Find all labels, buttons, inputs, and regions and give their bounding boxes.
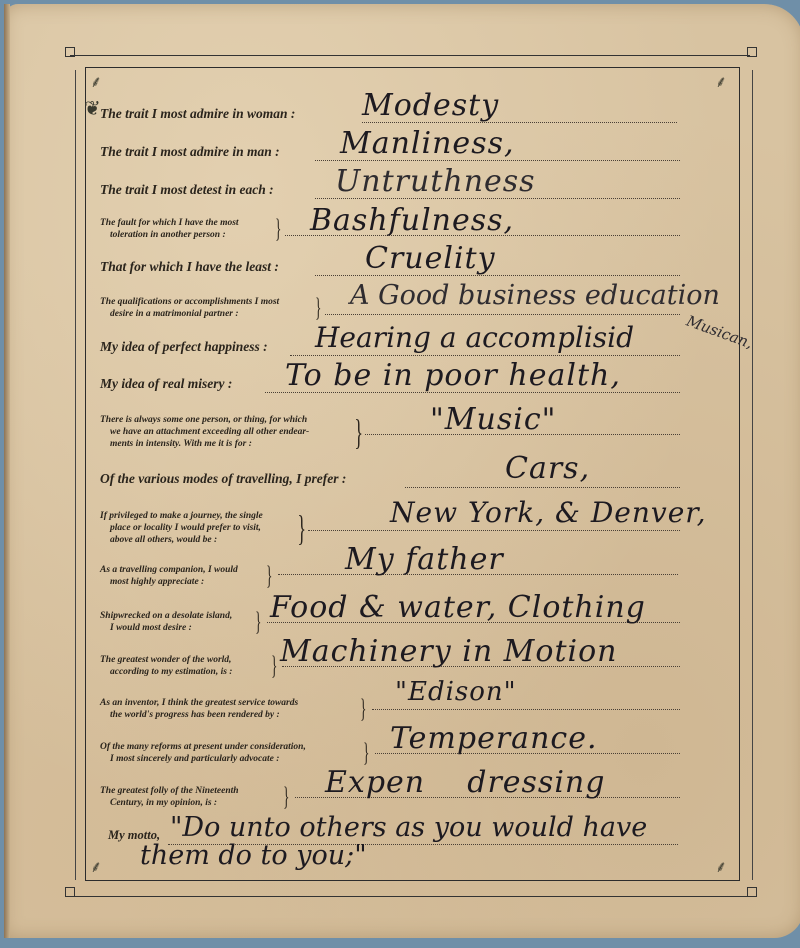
prompt-line-2: I most sincerely and particularly advoca… [100, 753, 306, 765]
prompt-label: The qualifications or accomplishments I … [100, 296, 279, 320]
prompt-line-2: toleration in another person : [100, 229, 239, 241]
handwritten-answer: Untruthness [335, 164, 536, 199]
answer-line [308, 530, 680, 531]
prompt-label: The trait I most admire in woman : [100, 106, 295, 122]
leaf-spray-tl-icon: ⸙ [90, 70, 102, 92]
prompt-label: The greatest wonder of the world, accord… [100, 654, 232, 678]
handwritten-answer: Temperance. [390, 721, 597, 756]
corner-ornament-tr-icon [747, 47, 757, 57]
prompt-label: Of the various modes of travelling, I pr… [100, 471, 346, 487]
brace: } [283, 784, 289, 810]
corner-ornament-tl-icon [65, 47, 75, 57]
prompt-label: As a travelling companion, I would most … [100, 564, 238, 588]
leaf-spray-bl-icon: ⸙ [90, 855, 102, 877]
handwritten-answer: My father [345, 542, 504, 577]
brace: } [360, 696, 366, 722]
prompt-line-1: As a travelling companion, I would [100, 565, 238, 575]
prompt-label: Of the many reforms at present under con… [100, 741, 306, 765]
prompt-label: The trait I most admire in man : [100, 144, 280, 160]
prompt-line-2: I would most desire : [100, 622, 232, 634]
handwritten-answer: Cruelity [365, 241, 496, 276]
handwritten-answer: Expen dressing [325, 765, 605, 800]
prompt-line-2: we have an attachment exceeding all othe… [100, 426, 309, 438]
handwritten-answer: Cars, [505, 451, 590, 486]
prompt-label: If privileged to make a journey, the sin… [100, 510, 263, 546]
prompt-line-2: Century, in my opinion, is : [100, 797, 239, 809]
prompt-line-2: most highly appreciate : [100, 576, 238, 588]
leaf-spray-br-icon: ⸙ [715, 855, 727, 877]
brace: } [297, 510, 306, 546]
handwritten-answer: Bashfulness, [310, 203, 514, 238]
handwritten-answer: A Good business education [350, 280, 720, 311]
brace: } [363, 740, 369, 766]
outer-border-left [75, 70, 76, 880]
prompt-label: There is always some one person, or thin… [100, 414, 309, 450]
brace: } [275, 216, 281, 242]
prompt-label: That for which I have the least : [100, 259, 279, 275]
handwritten-answer: Hearing a accomplisid [315, 321, 634, 354]
handwritten-answer: "Music" [430, 402, 556, 437]
handwritten-answer: Food & water, Clothing [270, 590, 646, 625]
book-spine [4, 4, 10, 938]
prompt-label: The trait I most detest in each : [100, 182, 274, 198]
prompt-line-1: Of the many reforms at present under con… [100, 742, 306, 752]
outer-border-right [752, 70, 753, 880]
prompt-label: My idea of real misery : [100, 376, 232, 392]
prompt-line-1: The greatest wonder of the world, [100, 655, 231, 665]
handwritten-answer: Modesty [362, 88, 499, 123]
prompt-label: The greatest folly of the Nineteenth Cen… [100, 785, 239, 809]
prompt-line-1: As an inventor, I think the greatest ser… [100, 698, 298, 708]
prompt-line-2: according to my estimation, is : [100, 666, 232, 678]
handwritten-answer: To be in poor health, [285, 358, 621, 393]
motto-line-1: "Do unto others as you would have [170, 812, 647, 843]
answer-line [405, 487, 680, 488]
prompt-label: Shipwrecked on a desolate island, I woul… [100, 610, 232, 634]
prompt-label: The fault for which I have the most tole… [100, 217, 239, 241]
prompt-line-1: The fault for which I have the most [100, 218, 239, 228]
prompt-label: As an inventor, I think the greatest ser… [100, 697, 298, 721]
leaf-spray-tr-icon: ⸙ [715, 70, 727, 92]
answer-line [372, 709, 680, 710]
prompt-line-2: place or locality I would prefer to visi… [100, 522, 263, 534]
prompt-line-1: There is always some one person, or thin… [100, 415, 307, 425]
brace: } [354, 414, 363, 450]
answer-line [325, 314, 680, 315]
handwritten-answer: Machinery in Motion [280, 634, 618, 669]
answer-line [290, 355, 680, 356]
handwritten-answer: "Edison" [395, 677, 517, 707]
handwritten-answer: New York, & Denver, [390, 496, 706, 529]
brace: } [255, 609, 261, 635]
brace: } [271, 653, 277, 679]
prompt-line-1: If privileged to make a journey, the sin… [100, 511, 263, 521]
prompt-line-1: Shipwrecked on a desolate island, [100, 611, 232, 621]
leaf-vine-left-icon: ❦ [84, 96, 101, 121]
prompt-line-1: The greatest folly of the Nineteenth [100, 786, 239, 796]
prompt-line-3: ments in intensity. With me it is for : [100, 438, 309, 450]
corner-ornament-bl-icon [65, 887, 75, 897]
brace: } [266, 563, 272, 589]
prompt-label: My idea of perfect happiness : [100, 339, 268, 355]
corner-ornament-br-icon [747, 887, 757, 897]
motto-line-2: them do to you;" [140, 840, 367, 871]
brace: } [315, 295, 321, 321]
prompt-line-1: The qualifications or accomplishments I … [100, 297, 279, 307]
handwritten-answer: Manliness, [340, 126, 515, 161]
prompt-line-2: desire in a matrimonial partner : [100, 308, 279, 320]
prompt-line-2: the world's progress has been rendered b… [100, 709, 298, 721]
prompt-line-3: above all others, would be : [100, 534, 263, 546]
